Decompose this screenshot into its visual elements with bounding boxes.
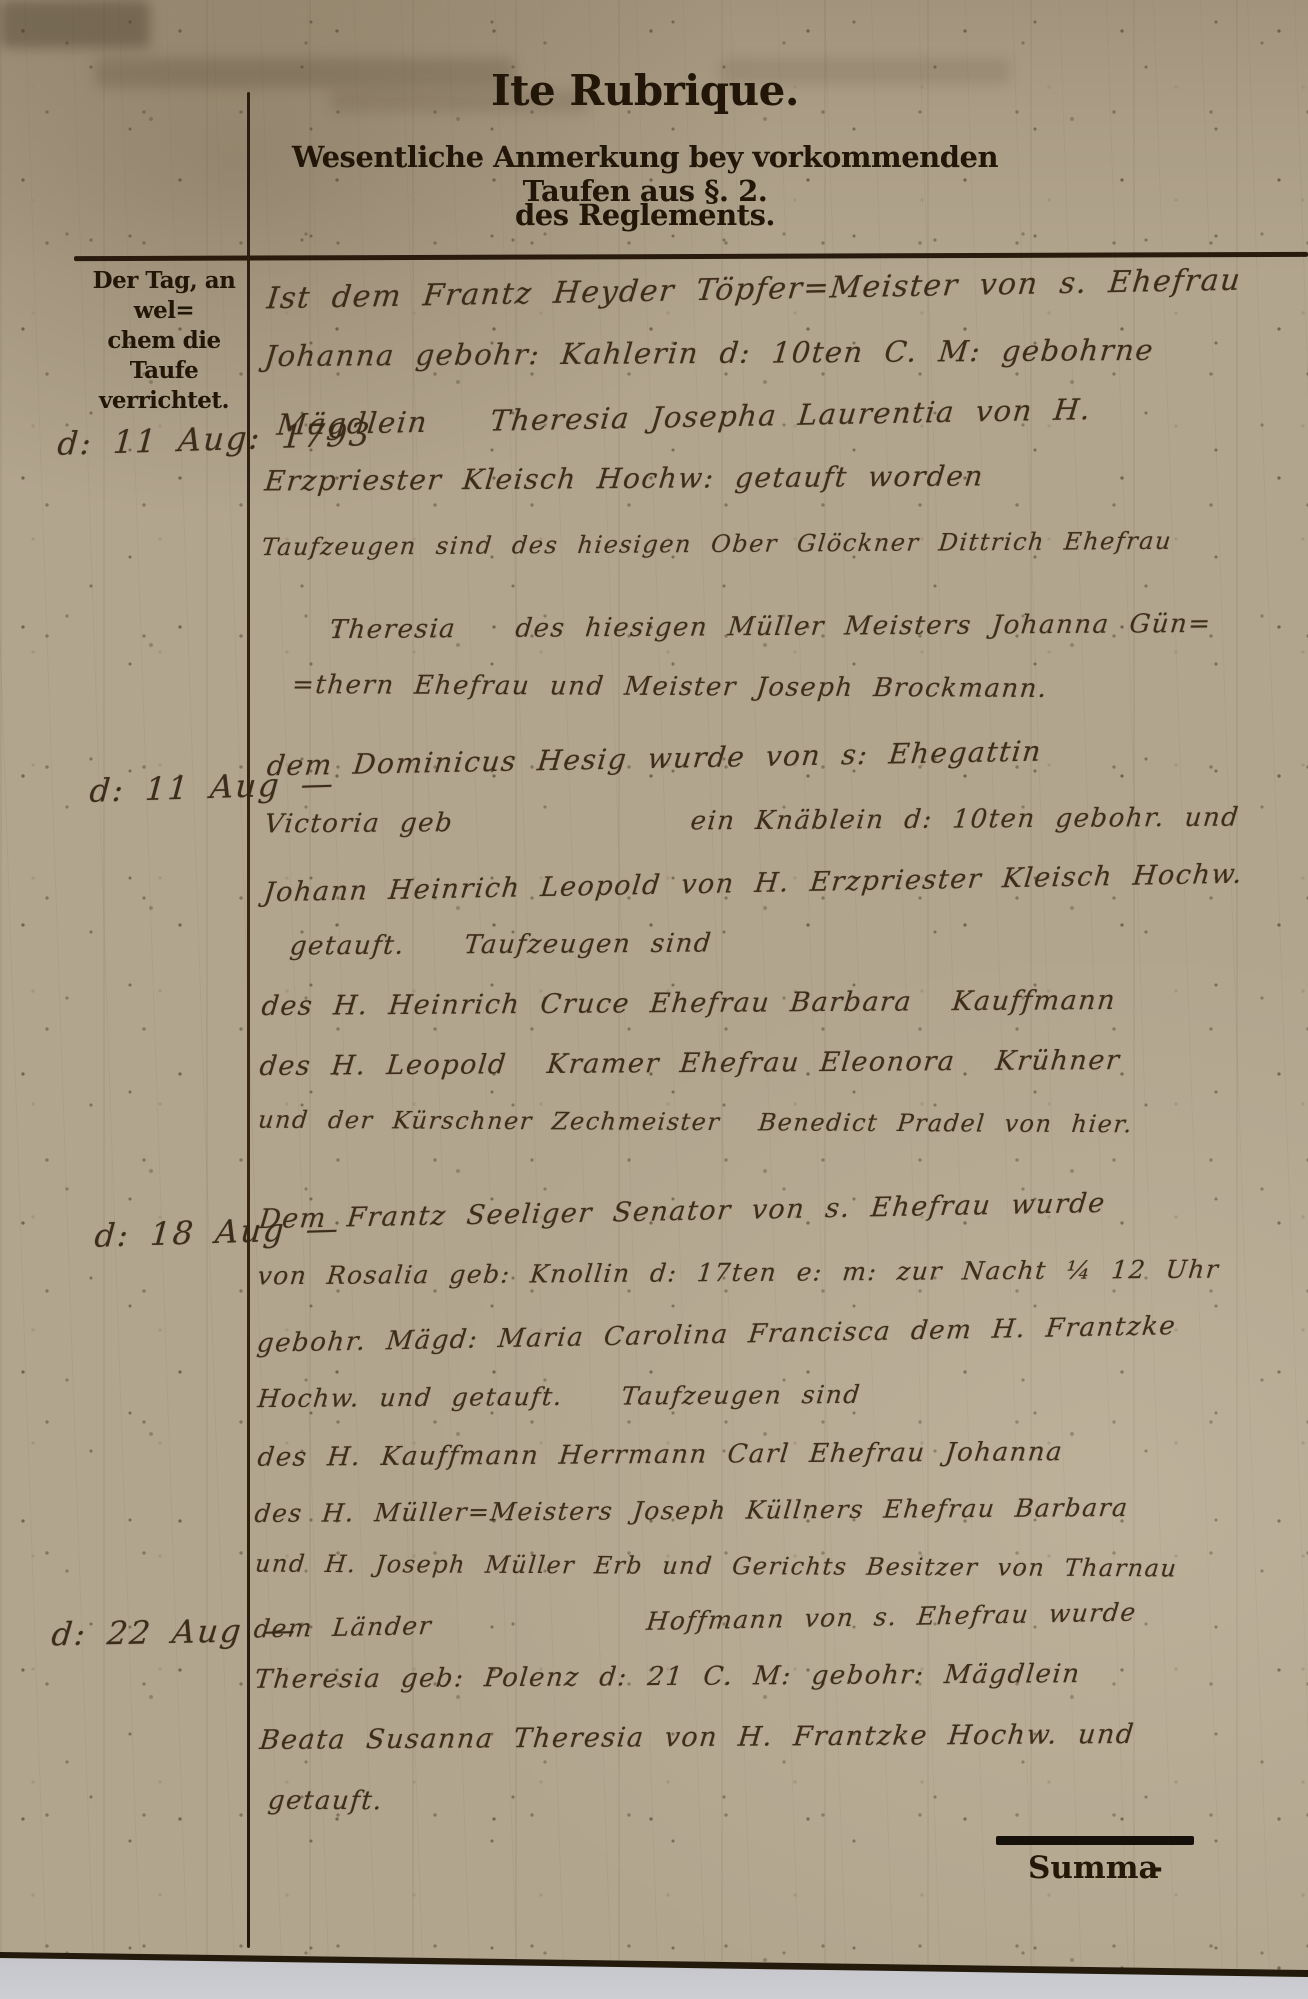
entry-line: =thern Ehefrau und Meister Joseph Brockm…	[291, 670, 1049, 704]
entry-line: dem Dominicus Hesig wurde von s: Ehegatt…	[265, 735, 1043, 783]
register-page-scan: Ite Rubrique. Wesentliche Anmerkung bey …	[0, 0, 1308, 1999]
book-binding-edge	[0, 0, 58, 1999]
header-rule	[74, 252, 1308, 261]
entry-line: Johann Heinrich Leopold von H. Erzpriest…	[262, 859, 1244, 909]
entry-line: und der Kürschner Zechmeister Benedict P…	[257, 1106, 1134, 1139]
entry-line: des H. Heinrich Cruce Ehefrau Barbara Ka…	[260, 985, 1117, 1022]
date-column-header: Der Tag, an wel= chem die Taufe verricht…	[76, 266, 252, 416]
entry-line: Mägdlein Theresia Josepha Laurentia von …	[275, 392, 1093, 442]
entry-line: getauft.	[267, 1786, 385, 1817]
summa-value: -	[1150, 1850, 1163, 1886]
entry-line: Dem Frantz Seeliger Senator von s. Ehefr…	[257, 1188, 1107, 1235]
entry-line: Beata Susanna Theresia von H. Frantzke H…	[258, 1719, 1136, 1756]
entry-line: Victoria geb ein Knäblein d: 10ten geboh…	[263, 803, 1241, 840]
entry-line: des H. Müller=Meisters Joseph Küllners E…	[253, 1493, 1130, 1528]
entry-line: Hochw. und getauft. Taufzeugen sind	[256, 1380, 862, 1413]
summa-rule	[996, 1836, 1194, 1845]
entry-line: Theresia geb: Polenz d: 21 C. M: gebohr:…	[253, 1659, 1082, 1695]
entry-line: und H. Joseph Müller Erb und Gerichts Be…	[254, 1550, 1179, 1583]
entry-line: Ist dem Frantz Heyder Töpfer=Meister von…	[265, 263, 1243, 317]
entry-line: Taufzeugen sind des hiesigen Ober Glöckn…	[260, 527, 1173, 561]
entry-line: des H. Kauffmann Herrmann Carl Ehefrau J…	[256, 1437, 1064, 1473]
entry-line: getauft. Taufzeugen sind	[288, 929, 713, 962]
date-column-header-line: verrichtet.	[76, 386, 252, 416]
entry-line: des H. Leopold Kramer Ehefrau Eleonora K…	[258, 1045, 1122, 1082]
date-column-header-line: chem die Taufe	[76, 326, 252, 386]
entry-line: gebohr. Mägd: Maria Carolina Francisca d…	[255, 1311, 1177, 1359]
entry-line: Erzpriester Kleisch Hochw: getauft worde…	[263, 459, 986, 497]
entry-line: Theresia des hiesigen Müller Meisters Jo…	[328, 609, 1213, 645]
entry-line: von Rosalia geb: Knollin d: 17ten e: m: …	[256, 1255, 1221, 1291]
summa-label: Summa	[1028, 1850, 1159, 1886]
date-column-header-line: Der Tag, an wel=	[76, 266, 252, 326]
rubric-title: Ite Rubrique.	[250, 66, 1040, 115]
entry-line: Johanna gebohr: Kahlerin d: 10ten C. M: …	[263, 333, 1156, 373]
rubric-subtitle-2: des Reglements.	[250, 198, 1040, 232]
entry-line: dem Länder Hoffmann von s. Ehefrau wurde	[253, 1598, 1139, 1644]
